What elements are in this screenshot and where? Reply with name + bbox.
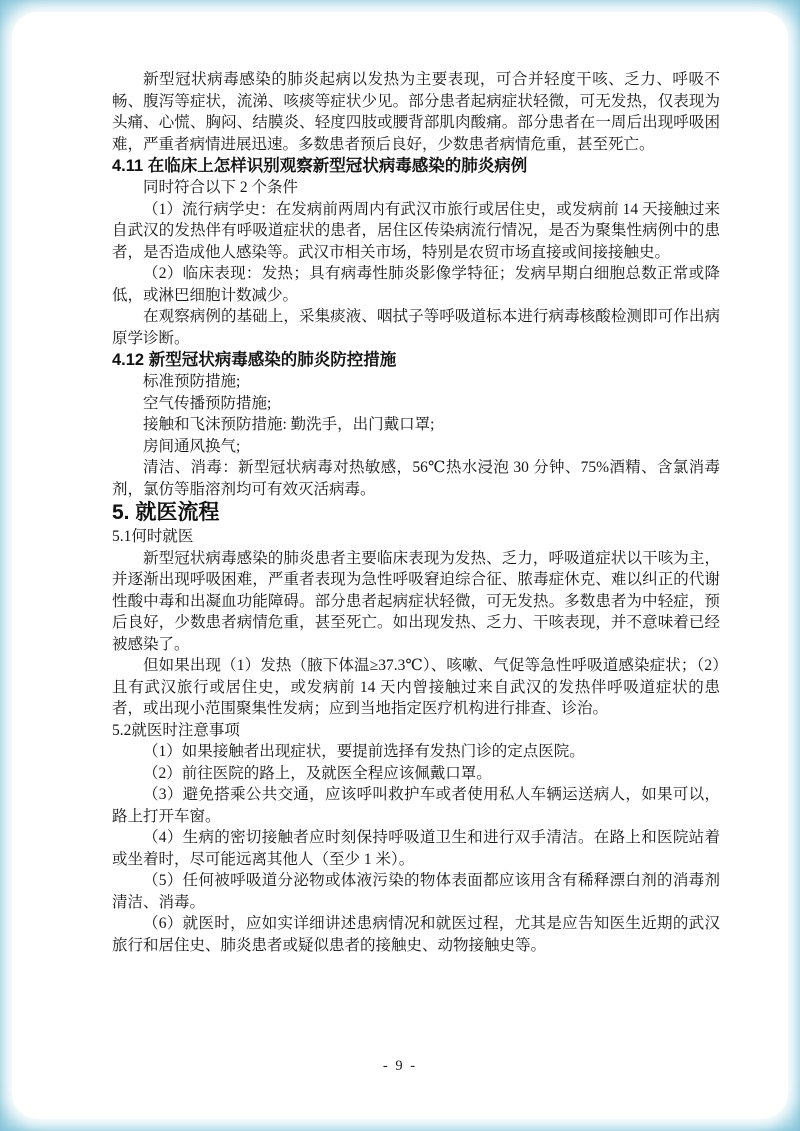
advice-item-3: （3）避免搭乘公共交通，应该呼叫救护车或者使用私人车辆运送病人，如果可以，路上打…	[112, 784, 720, 827]
document-content: 新型冠状病毒感染的肺炎起病以发热为主要表现，可合并轻度干咳、乏力、呼吸不畅、腹泻…	[112, 69, 720, 956]
page-number: - 9 -	[12, 1058, 788, 1075]
measure-item-airborne: 空气传播预防措施;	[112, 393, 720, 415]
epidemiology-history-item: （1）流行病学史：在发病前两周内有武汉市旅行或居住史，或发病前 14 天接触过来…	[112, 199, 720, 264]
clinical-manifestation-item: （2）临床表现：发热；具有病毒性肺炎影像学特征；发病早期白细胞总数正常或降低，或…	[112, 263, 720, 306]
heading-5: 5. 就医流程	[112, 500, 720, 526]
when-to-seek-care-paragraph-2: 但如果出现（1）发热（腋下体温≥37.3℃）、咳嗽、气促等急性呼吸道感染症状；（…	[112, 655, 720, 720]
measure-item-contact-droplet: 接触和飞沫预防措施: 勤洗手，出门戴口罩;	[112, 414, 720, 436]
advice-item-4: （4）生病的密切接触者应时刻保持呼吸道卫生和进行双手清洁。在路上和医院站着或坐着…	[112, 827, 720, 870]
heading-4-11: 4.11 在临床上怎样识别观察新型冠状病毒感染的肺炎病例	[112, 155, 720, 177]
advice-item-6: （6）就医时，应如实详细讲述患病情况和就医过程，尤其是应告知医生近期的武汉旅行和…	[112, 913, 720, 956]
intro-paragraph: 新型冠状病毒感染的肺炎起病以发热为主要表现，可合并轻度干咳、乏力、呼吸不畅、腹泻…	[112, 69, 720, 155]
condition-intro-line: 同时符合以下 2 个条件	[112, 177, 720, 199]
advice-item-5: （5）任何被呼吸道分泌物或体液污染的物体表面都应该用含有稀释漂白剂的消毒剂清洁、…	[112, 870, 720, 913]
heading-5-2: 5.2就医时注意事项	[112, 720, 720, 742]
document-page: 新型冠状病毒感染的肺炎起病以发热为主要表现，可合并轻度干咳、乏力、呼吸不畅、腹泻…	[12, 12, 788, 1119]
observation-paragraph: 在观察病例的基础上，采集痰液、咽拭子等呼吸道标本进行病毒核酸检测即可作出病原学诊…	[112, 306, 720, 349]
advice-item-1: （1）如果接触者出现症状，要提前选择有发热门诊的定点医院。	[112, 741, 720, 763]
advice-item-2: （2）前往医院的路上，及就医全程应该佩戴口罩。	[112, 763, 720, 785]
when-to-seek-care-paragraph-1: 新型冠状病毒感染的肺炎患者主要临床表现为发热、乏力，呼吸道症状以干咳为主，并逐渐…	[112, 548, 720, 656]
heading-4-12: 4.12 新型冠状病毒感染的肺炎防控措施	[112, 349, 720, 371]
measure-item-standard: 标准预防措施;	[112, 371, 720, 393]
heading-5-1: 5.1何时就医	[112, 526, 720, 548]
page-frame: 新型冠状病毒感染的肺炎起病以发热为主要表现，可合并轻度干咳、乏力、呼吸不畅、腹泻…	[0, 0, 800, 1131]
cleaning-disinfection-paragraph: 清洁、消毒：新型冠状病毒对热敏感，56℃热水浸泡 30 分钟、75%酒精、含氯消…	[112, 457, 720, 500]
measure-item-ventilation: 房间通风换气;	[112, 436, 720, 458]
